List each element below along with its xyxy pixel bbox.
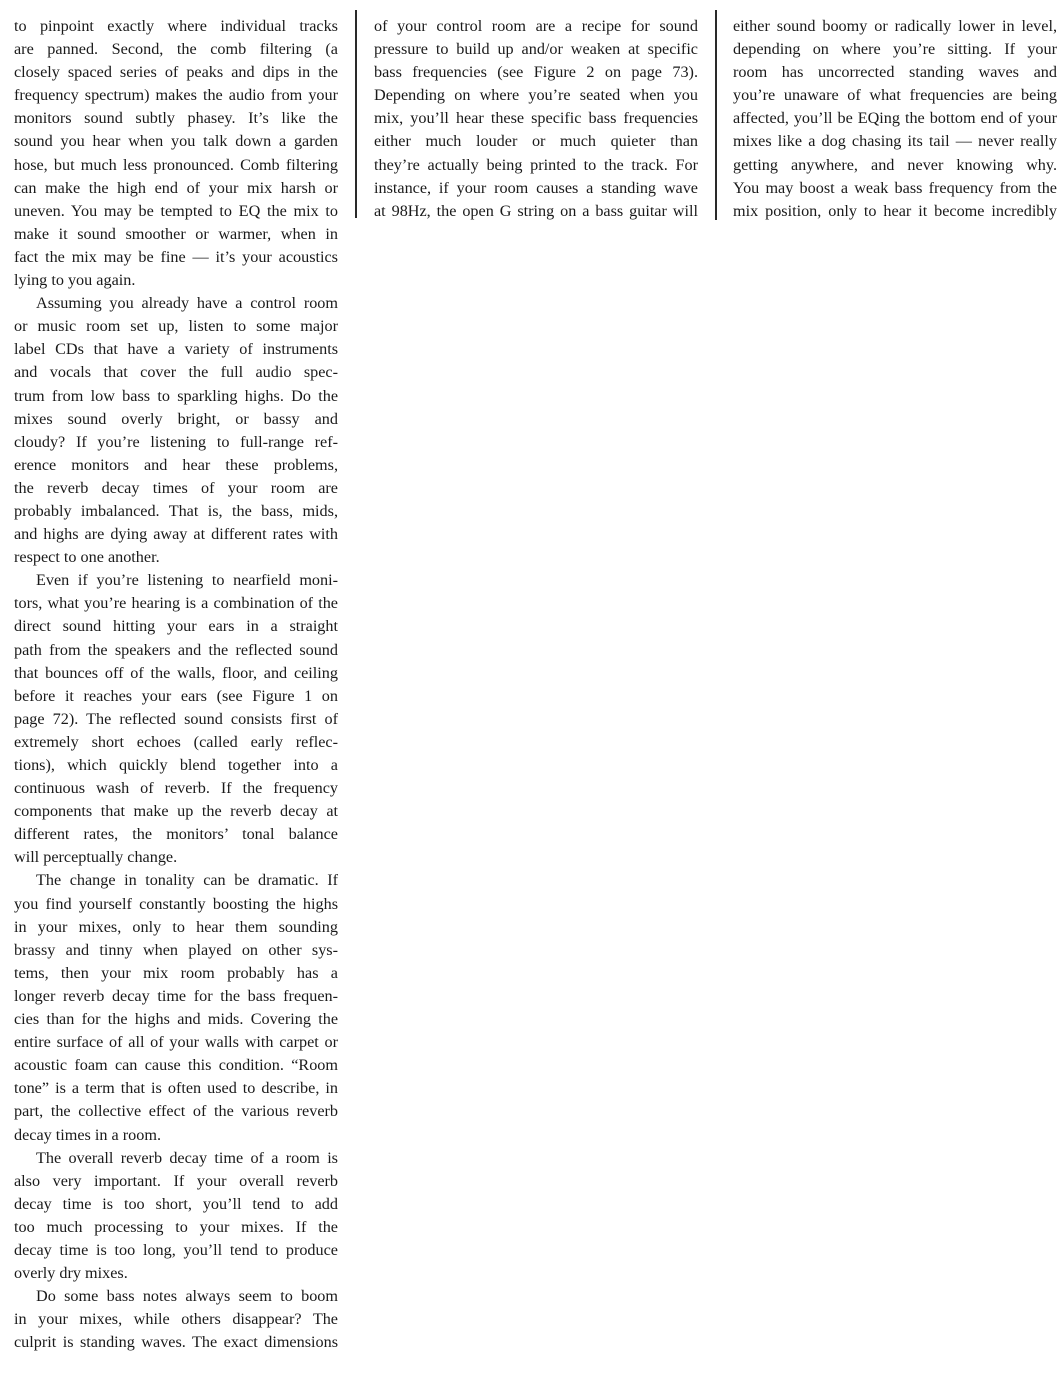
text-line: decay times in a room. (14, 1124, 338, 1147)
text-line: overly dry mixes. (14, 1262, 338, 1285)
text-line: tone” is a term that is often used to de… (14, 1077, 338, 1100)
text-line: cloudy? If you’re listening to full-rang… (14, 431, 338, 454)
text-line: either sound boomy or radically lower in… (733, 15, 1057, 38)
column-divider-rule (355, 10, 357, 218)
text-line: culprit is standing waves. The exact dim… (14, 1331, 338, 1354)
text-line: to pinpoint exactly where individual tra… (14, 15, 338, 38)
text-line: uneven. You may be tempted to EQ the mix… (14, 200, 338, 223)
text-line: either much louder or much quieter than (374, 130, 698, 153)
text-line: page 72). The reflected sound consists f… (14, 708, 338, 731)
text-line: tors, what you’re hearing is a combinati… (14, 592, 338, 615)
text-line: are panned. Second, the comb filtering (… (14, 38, 338, 61)
text-line: instance, if your room causes a standing… (374, 177, 698, 200)
text-line: and vocals that cover the full audio spe… (14, 361, 338, 384)
text-line: trum from low bass to sparkling highs. D… (14, 385, 338, 408)
text-line: The overall reverb decay time of a room … (14, 1147, 338, 1170)
text-line: You may boost a weak bass frequency from… (733, 177, 1057, 200)
text-line: can make the high end of your mix harsh … (14, 177, 338, 200)
text-line: cies than for the highs and mids. Coveri… (14, 1008, 338, 1031)
text-line: label CDs that have a variety of instrum… (14, 338, 338, 361)
text-line: brassy and tinny when played on other sy… (14, 939, 338, 962)
text-line: in your mixes, while others disappear? T… (14, 1308, 338, 1331)
text-line: will perceptually change. (14, 846, 338, 869)
text-line: The change in tonality can be dramatic. … (14, 869, 338, 892)
text-line: decay time is too long, you’ll tend to p… (14, 1239, 338, 1262)
document-page: to pinpoint exactly where individual tra… (0, 0, 1057, 1375)
text-line: extremely short echoes (called early ref… (14, 731, 338, 754)
text-line: of your control room are a recipe for so… (374, 15, 698, 38)
text-line: path from the speakers and the reflected… (14, 639, 338, 662)
text-line: mixes sound overly bright, or bassy and (14, 408, 338, 431)
column-divider-rule (715, 10, 717, 220)
text-column-2: of your control room are a recipe for so… (374, 15, 698, 223)
text-line: respect to one another. (14, 546, 338, 569)
text-line: you’re unaware of what frequencies are b… (733, 84, 1057, 107)
text-line: direct sound hitting your ears in a stra… (14, 615, 338, 638)
text-line: you find yourself constantly boosting th… (14, 893, 338, 916)
text-line: components that make up the reverb decay… (14, 800, 338, 823)
text-line: erence monitors and hear these problems, (14, 454, 338, 477)
text-line: part, the collective effect of the vario… (14, 1100, 338, 1123)
text-line: acoustic foam can cause this condition. … (14, 1054, 338, 1077)
text-line: continuous wash of reverb. If the freque… (14, 777, 338, 800)
text-column-1: to pinpoint exactly where individual tra… (14, 15, 338, 1354)
text-line: and highs are dying away at different ra… (14, 523, 338, 546)
text-line: fact the mix may be fine — it’s your aco… (14, 246, 338, 269)
text-line: entire surface of all of your walls with… (14, 1031, 338, 1054)
text-line: pressure to build up and/or weaken at sp… (374, 38, 698, 61)
text-line: too much processing to your mixes. If th… (14, 1216, 338, 1239)
text-line: affected, you’ll be EQing the bottom end… (733, 107, 1057, 130)
text-line: Depending on where you’re seated when yo… (374, 84, 698, 107)
text-line: they’re actually being printed to the tr… (374, 154, 698, 177)
text-line: depending on where you’re sitting. If yo… (733, 38, 1057, 61)
text-line: in your mixes, only to hear them soundin… (14, 916, 338, 939)
text-line: mix position, only to hear it become inc… (733, 200, 1057, 223)
text-line: probably imbalanced. That is, the bass, … (14, 500, 338, 523)
text-line: sound you hear when you talk down a gard… (14, 130, 338, 153)
text-line: also very important. If your overall rev… (14, 1170, 338, 1193)
text-line: monitors sound subtly phasey. It’s like … (14, 107, 338, 130)
text-line: different rates, the monitors’ tonal bal… (14, 823, 338, 846)
text-line: tions), which quickly blend together int… (14, 754, 338, 777)
text-column-3: either sound boomy or radically lower in… (733, 15, 1057, 223)
text-line: bass frequencies (see Figure 2 on page 7… (374, 61, 698, 84)
text-line: frequency spectrum) makes the audio from… (14, 84, 338, 107)
text-line: at 98Hz, the open G string on a bass gui… (374, 200, 698, 223)
text-line: that bounces off of the walls, floor, an… (14, 662, 338, 685)
text-line: Even if you’re listening to nearfield mo… (14, 569, 338, 592)
text-line: make it sound smoother or warmer, when i… (14, 223, 338, 246)
text-line: longer reverb decay time for the bass fr… (14, 985, 338, 1008)
text-line: closely spaced series of peaks and dips … (14, 61, 338, 84)
text-line: mixes like a dog chasing its tail — neve… (733, 130, 1057, 153)
text-line: Assuming you already have a control room (14, 292, 338, 315)
text-line: decay time is too short, you’ll tend to … (14, 1193, 338, 1216)
text-line: Do some bass notes always seem to boom (14, 1285, 338, 1308)
text-line: before it reaches your ears (see Figure … (14, 685, 338, 708)
text-line: the reverb decay times of your room are (14, 477, 338, 500)
text-line: tems, then your mix room probably has a (14, 962, 338, 985)
text-line: or music room set up, listen to some maj… (14, 315, 338, 338)
text-line: lying to you again. (14, 269, 338, 292)
text-line: mix, you’ll hear these specific bass fre… (374, 107, 698, 130)
text-line: hose, but much less pronounced. Comb fil… (14, 154, 338, 177)
text-line: getting anywhere, and never knowing why. (733, 154, 1057, 177)
text-line: room has uncorrected standing waves and (733, 61, 1057, 84)
